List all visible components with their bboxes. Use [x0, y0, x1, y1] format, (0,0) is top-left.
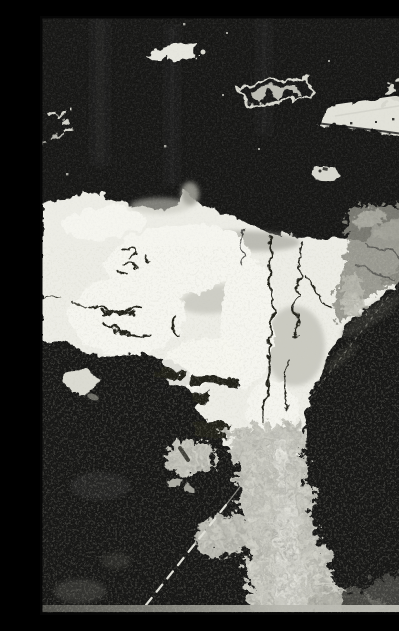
film-grain-overlay [40, 16, 399, 615]
scanned-photo [40, 16, 399, 615]
aerial-photo-image [40, 16, 399, 615]
